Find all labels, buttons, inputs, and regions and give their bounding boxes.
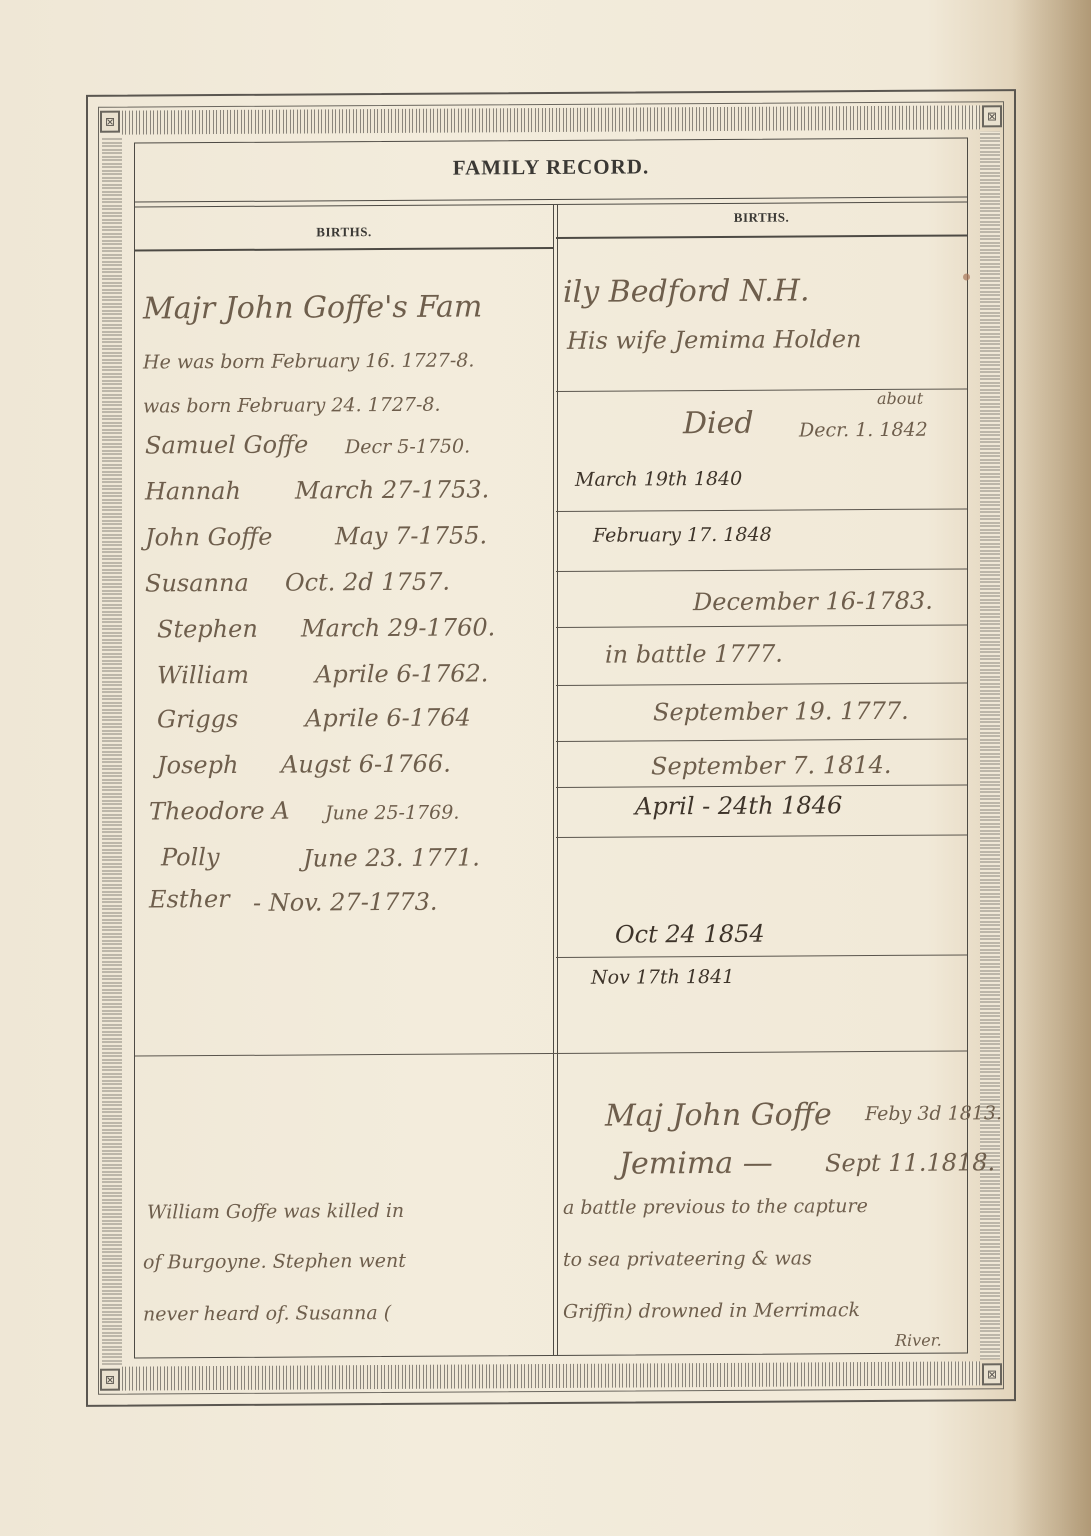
death-entry-date: Feby 3d 1813. bbox=[865, 1102, 1002, 1125]
death-entry-name: Maj John Goffe bbox=[605, 1097, 832, 1133]
section-rule bbox=[135, 1050, 967, 1056]
right-entry: March 19th 1840 bbox=[575, 468, 742, 491]
family-heading-left: Majr John Goffe's Fam bbox=[143, 289, 482, 326]
right-entry: September 19. 1777. bbox=[653, 697, 909, 727]
death-entry-date: Sept 11.1818. bbox=[825, 1148, 995, 1177]
birth-entry: He was born February 16. 1727-8. bbox=[143, 349, 474, 373]
died-date: Decr. 1. 1842 bbox=[799, 419, 928, 442]
corner-ornament-icon: ⊠ bbox=[100, 111, 120, 133]
birth-entry-name: Theodore A bbox=[149, 797, 290, 826]
right-header-rule bbox=[556, 234, 967, 239]
page-gutter-shadow bbox=[1011, 0, 1091, 1536]
note-line: never heard of. Susanna ( bbox=[143, 1302, 391, 1326]
birth-entry-date: June 25-1769. bbox=[325, 802, 459, 825]
right-column-header: BIRTHS. bbox=[556, 208, 967, 227]
birth-entry-name: Polly bbox=[161, 843, 220, 871]
left-header-rule bbox=[135, 247, 553, 252]
birth-entry-date: June 23. 1771. bbox=[303, 843, 480, 872]
birth-entry-name: William bbox=[157, 661, 249, 690]
left-column-header: BIRTHS. bbox=[135, 223, 553, 242]
note-line: William Goffe was killed in bbox=[147, 1200, 404, 1224]
page-title: FAMILY RECORD. bbox=[135, 152, 967, 182]
birth-entry-name: Stephen bbox=[157, 615, 258, 644]
wife-entry: His wife Jemima Holden bbox=[567, 325, 862, 355]
right-entry: February 17. 1848 bbox=[593, 524, 772, 547]
birth-entry-name: John Goffe bbox=[145, 523, 272, 552]
death-entry-name: Jemima — bbox=[619, 1146, 773, 1182]
birth-entry-date: Oct. 2d 1757. bbox=[285, 568, 450, 597]
row-rule bbox=[556, 682, 967, 686]
row-rule bbox=[556, 624, 967, 628]
birth-entry-name: Susanna bbox=[145, 569, 249, 598]
corner-ornament-icon: ⊠ bbox=[982, 1363, 1002, 1385]
border-band-left bbox=[102, 137, 122, 1365]
corner-ornament-icon: ⊠ bbox=[100, 1369, 120, 1391]
column-divider bbox=[553, 205, 558, 1355]
died-note: about bbox=[877, 389, 923, 408]
ink-stain bbox=[963, 273, 970, 280]
birth-entry-name: Esther bbox=[149, 885, 230, 913]
right-entry: September 7. 1814. bbox=[651, 751, 892, 780]
right-entry: Nov 17th 1841 bbox=[591, 966, 734, 989]
row-rule bbox=[556, 568, 967, 572]
birth-entry-name: Samuel Goffe bbox=[145, 430, 308, 459]
row-rule bbox=[556, 738, 967, 742]
row-rule bbox=[556, 784, 967, 788]
birth-entry-name: Griggs bbox=[157, 705, 238, 733]
note-line: River. bbox=[895, 1331, 942, 1350]
birth-entry: was born February 24. 1727-8. bbox=[143, 394, 441, 418]
birth-entry-date: Augst 6-1766. bbox=[281, 750, 451, 779]
note-line: of Burgoyne. Stephen went bbox=[143, 1250, 406, 1274]
birth-entry-date: - Nov. 27-1773. bbox=[253, 888, 438, 917]
record-table: FAMILY RECORD. BIRTHS. BIRTHS. Majr John… bbox=[134, 137, 968, 1358]
note-line: a battle previous to the capture bbox=[563, 1195, 868, 1219]
right-entry: December 16-1783. bbox=[693, 587, 933, 616]
birth-entry-date: Aprile 6-1764 bbox=[305, 703, 471, 732]
note-line: to sea privateering & was bbox=[563, 1247, 812, 1271]
row-rule bbox=[556, 508, 967, 512]
note-line: Griffin) drowned in Merrimack bbox=[563, 1299, 860, 1323]
birth-entry-date: March 27-1753. bbox=[295, 475, 489, 504]
title-rule bbox=[135, 196, 967, 207]
right-entry: April - 24th 1846 bbox=[635, 791, 842, 820]
died-label: Died bbox=[683, 406, 754, 441]
birth-entry-name: Joseph bbox=[157, 751, 238, 779]
family-record-frame: ⊠ ⊠ ⊠ ⊠ FAMILY RECORD. BIRTHS. BIRTHS. M… bbox=[86, 89, 1016, 1407]
birth-entry-date: May 7-1755. bbox=[335, 521, 487, 550]
birth-entry-date: March 29-1760. bbox=[301, 613, 495, 642]
birth-entry-date: Decr 5-1750. bbox=[345, 435, 470, 458]
right-entry: in battle 1777. bbox=[605, 640, 783, 669]
family-heading-right: ily Bedford N.H. bbox=[563, 273, 810, 310]
right-entry: Oct 24 1854 bbox=[615, 920, 765, 949]
corner-ornament-icon: ⊠ bbox=[982, 105, 1002, 127]
row-rule bbox=[556, 954, 967, 958]
birth-entry-name: Hannah bbox=[145, 477, 241, 506]
row-rule bbox=[556, 834, 967, 838]
birth-entry-date: Aprile 6-1762. bbox=[315, 659, 488, 688]
